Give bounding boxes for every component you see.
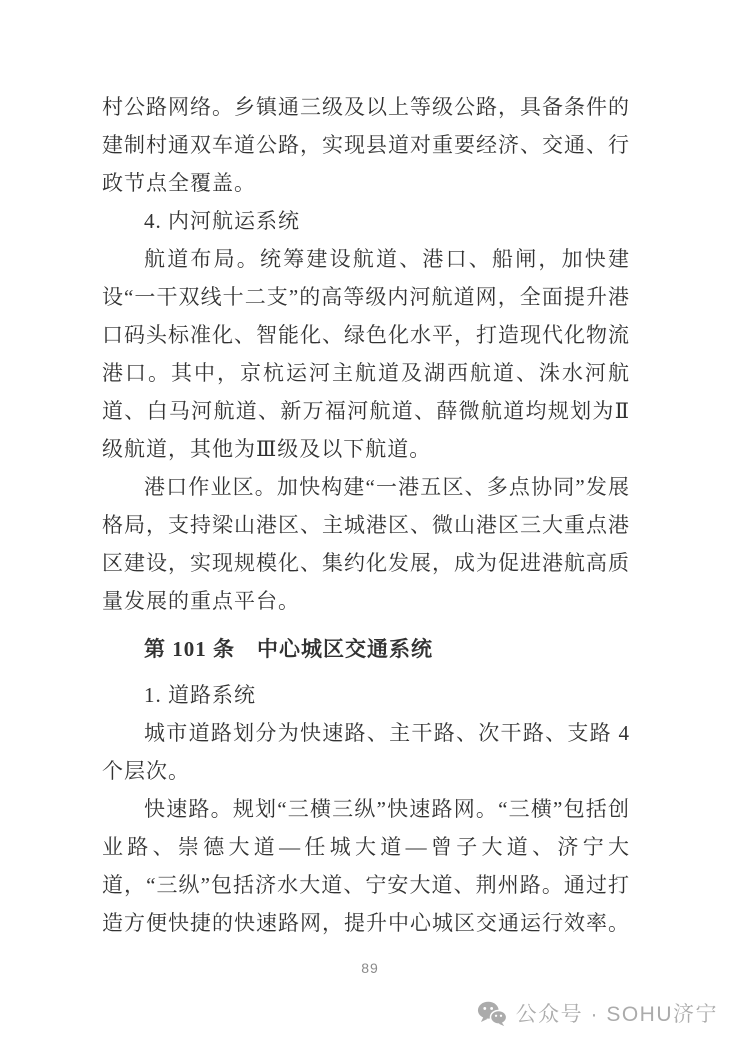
paragraph-expressway-network: 快速路。规划“三横三纵”快速路网。“三横”包括创业路、崇德大道—任城大道—曾子大… [102, 790, 630, 942]
subheading-inland-waterway-system: 4. 内河航运系统 [102, 202, 630, 240]
document-text-block: 村公路网络。乡镇通三级及以上等级公路，具备条件的建制村通双车道公路，实现县道对重… [102, 88, 630, 942]
document-page: 村公路网络。乡镇通三级及以上等级公路，具备条件的建制村通双车道公路，实现县道对重… [0, 0, 740, 1047]
paragraph-rural-road-network: 村公路网络。乡镇通三级及以上等级公路，具备条件的建制村通双车道公路，实现县道对重… [102, 88, 630, 202]
paragraph-port-operation-areas: 港口作业区。加快构建“一港五区、多点协同”发展格局，支持梁山港区、主城港区、微山… [102, 468, 630, 620]
subheading-road-system: 1. 道路系统 [102, 676, 630, 714]
watermark: 公众号 · SOHU济宁 [477, 998, 718, 1028]
page-number: 89 [0, 960, 740, 976]
article-heading-101-central-city-transport: 第 101 条 中心城区交通系统 [102, 630, 630, 668]
paragraph-waterway-layout: 航道布局。统筹建设航道、港口、船闸，加快建设“一干双线十二支”的高等级内河航道网… [102, 240, 630, 468]
wechat-icon [477, 1000, 507, 1027]
watermark-text: 公众号 · SOHU济宁 [516, 998, 718, 1028]
paragraph-road-hierarchy: 城市道路划分为快速路、主干路、次干路、支路 4 个层次。 [102, 714, 630, 790]
